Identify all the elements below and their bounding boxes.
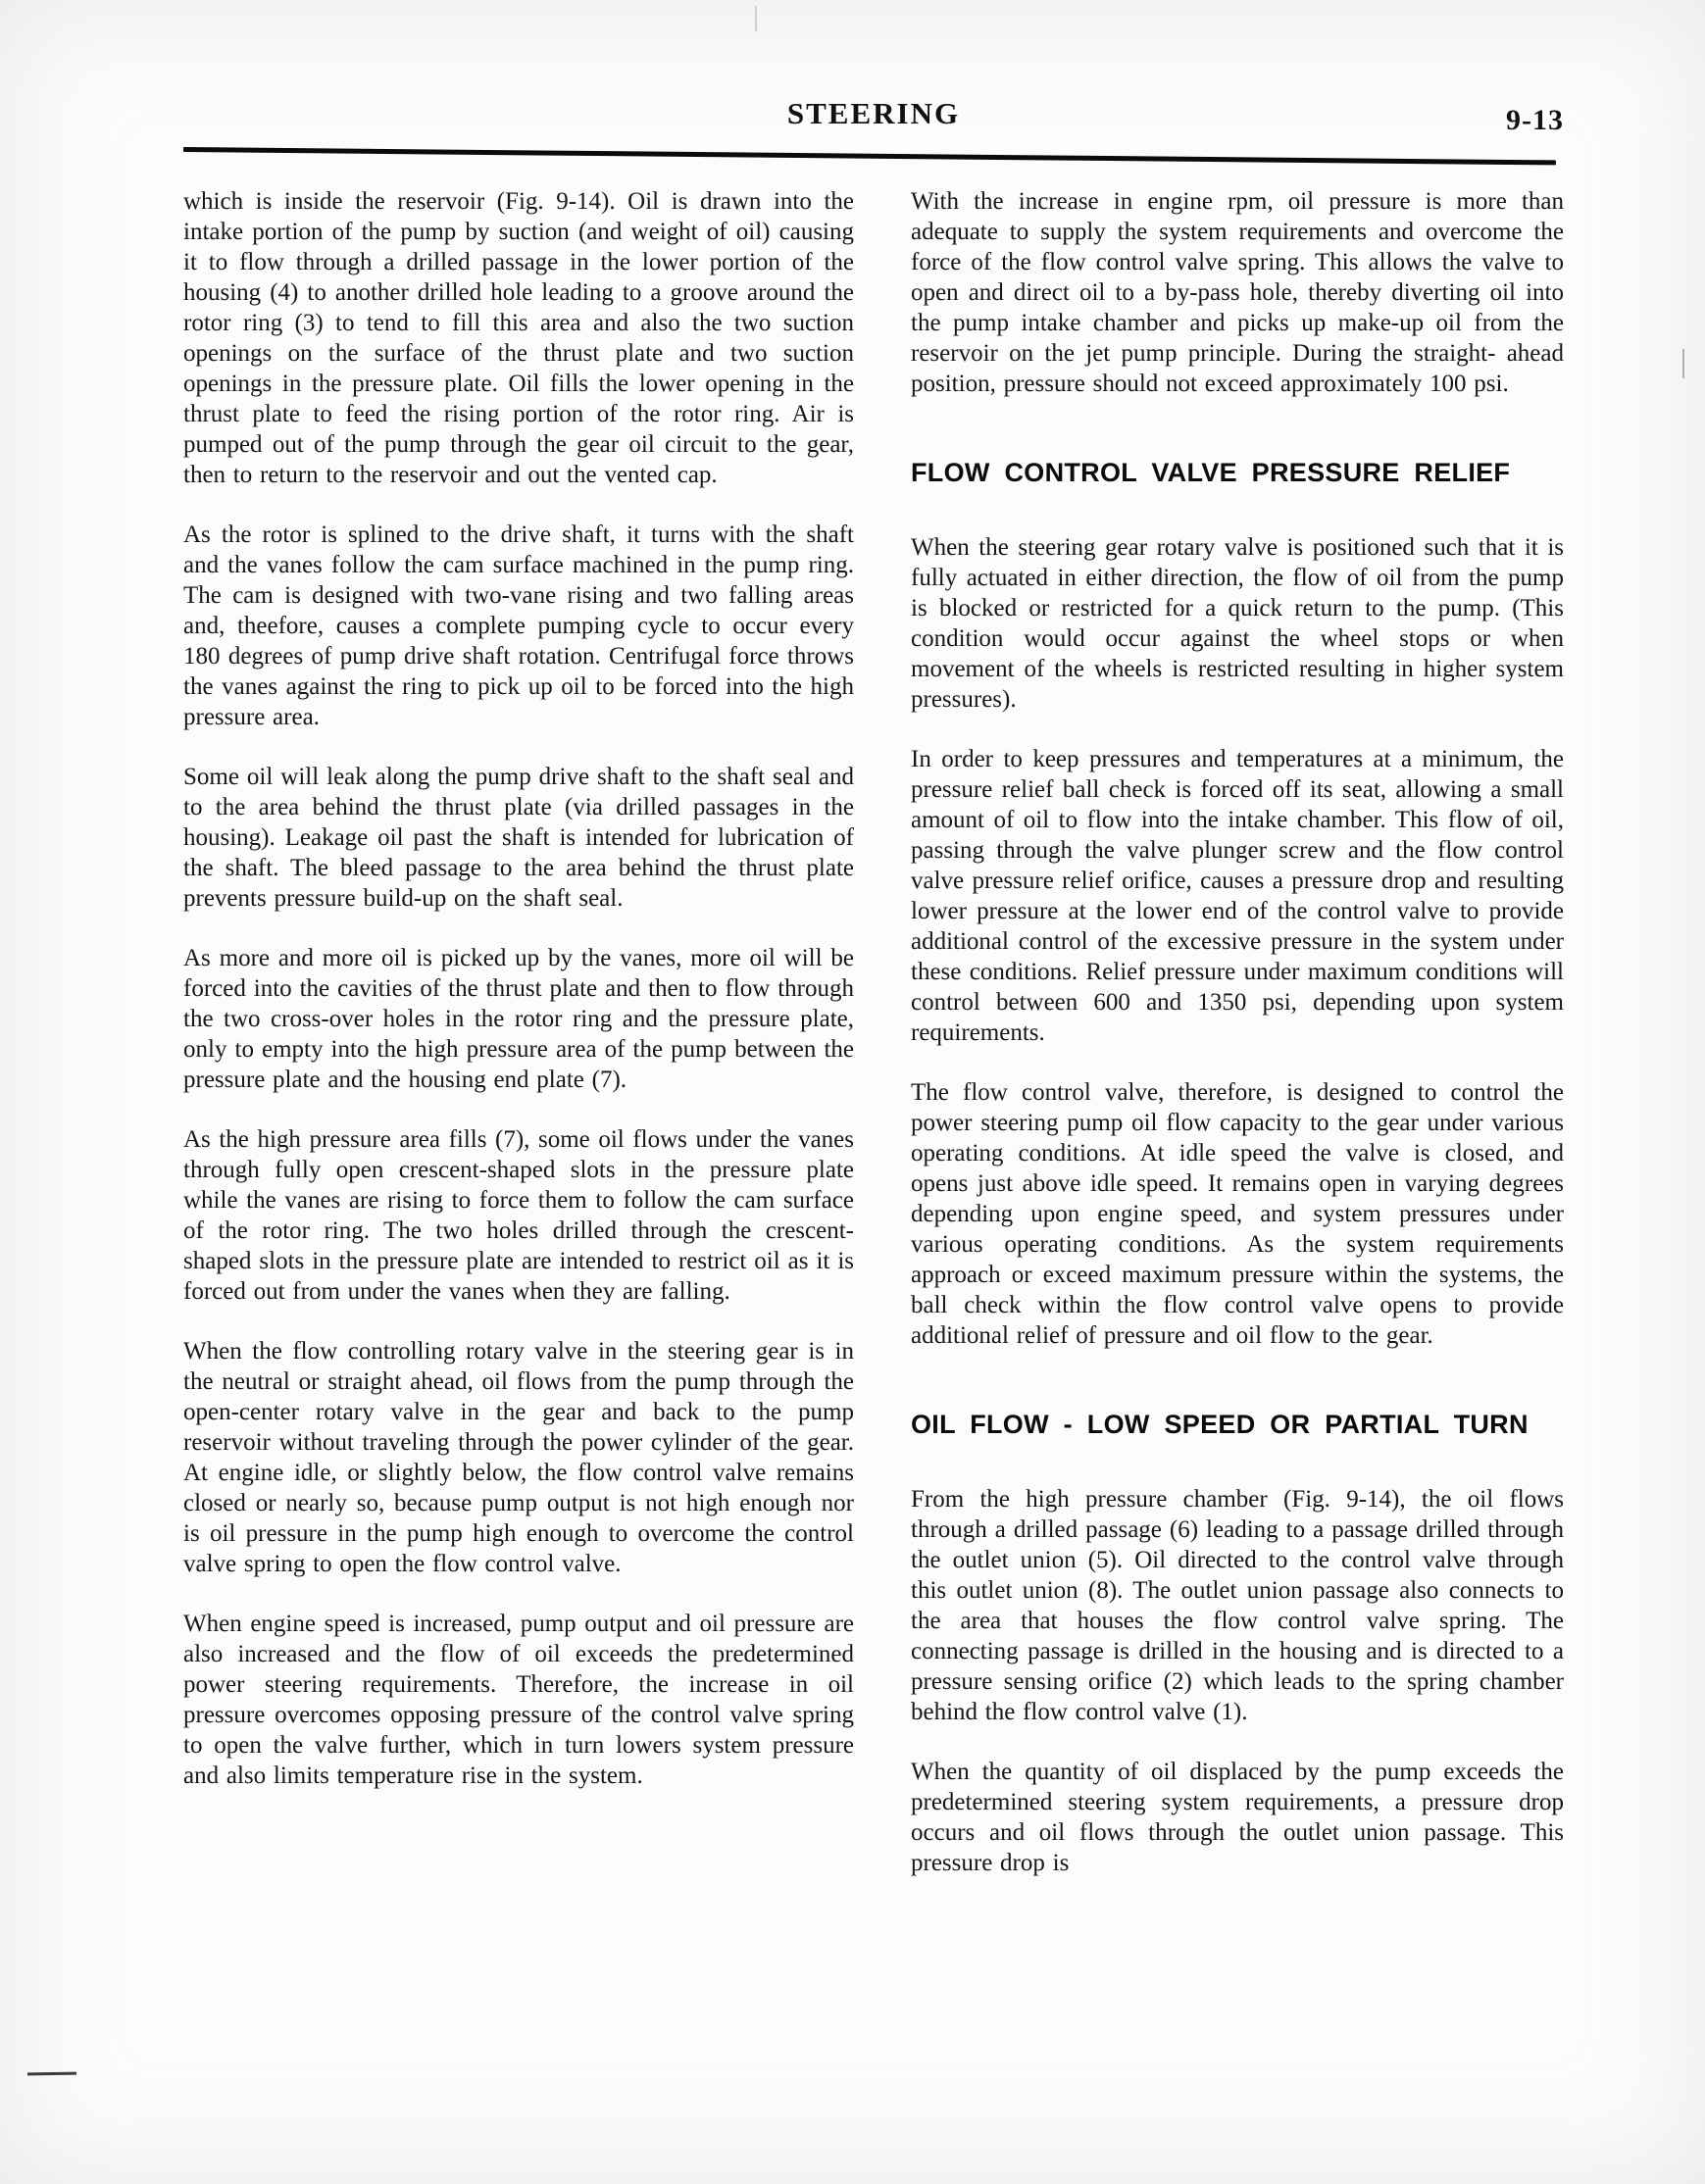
page-number: 9-13 bbox=[1506, 104, 1564, 137]
body-paragraph: With the increase in engine rpm, oil pre… bbox=[911, 186, 1564, 399]
page-title: STEERING bbox=[183, 96, 1564, 131]
body-paragraph: which is inside the reservoir (Fig. 9-14… bbox=[183, 186, 854, 490]
body-paragraph: The flow control valve, therefore, is de… bbox=[911, 1077, 1564, 1351]
section-heading: FLOW CONTROL VALVE PRESSURE RELIEF bbox=[911, 456, 1564, 489]
body-paragraph: As more and more oil is picked up by the… bbox=[183, 943, 854, 1095]
text-column-right: With the increase in engine rpm, oil pre… bbox=[911, 186, 1564, 1908]
body-paragraph: When the steering gear rotary valve is p… bbox=[911, 532, 1564, 715]
body-paragraph: From the high pressure chamber (Fig. 9-1… bbox=[911, 1484, 1564, 1727]
scan-artifact-tick bbox=[1682, 349, 1684, 378]
body-paragraph: When the flow controlling rotary valve i… bbox=[183, 1336, 854, 1579]
section-heading: OIL FLOW - LOW SPEED OR PARTIAL TURN bbox=[911, 1408, 1564, 1441]
body-paragraph: When the quantity of oil displaced by th… bbox=[911, 1757, 1564, 1878]
body-paragraph: As the rotor is splined to the drive sha… bbox=[183, 520, 854, 732]
scan-artifact-tick bbox=[755, 6, 757, 31]
body-paragraph: When engine speed is increased, pump out… bbox=[183, 1609, 854, 1791]
text-column-left: which is inside the reservoir (Fig. 9-14… bbox=[183, 186, 854, 1820]
body-paragraph: Some oil will leak along the pump drive … bbox=[183, 762, 854, 914]
body-paragraph: As the high pressure area fills (7), som… bbox=[183, 1124, 854, 1307]
manual-page: STEERING 9-13 which is inside the reserv… bbox=[0, 0, 1705, 2184]
header-rule bbox=[183, 147, 1556, 165]
scan-artifact-dash bbox=[27, 2072, 76, 2076]
body-paragraph: In order to keep pressures and temperatu… bbox=[911, 744, 1564, 1048]
